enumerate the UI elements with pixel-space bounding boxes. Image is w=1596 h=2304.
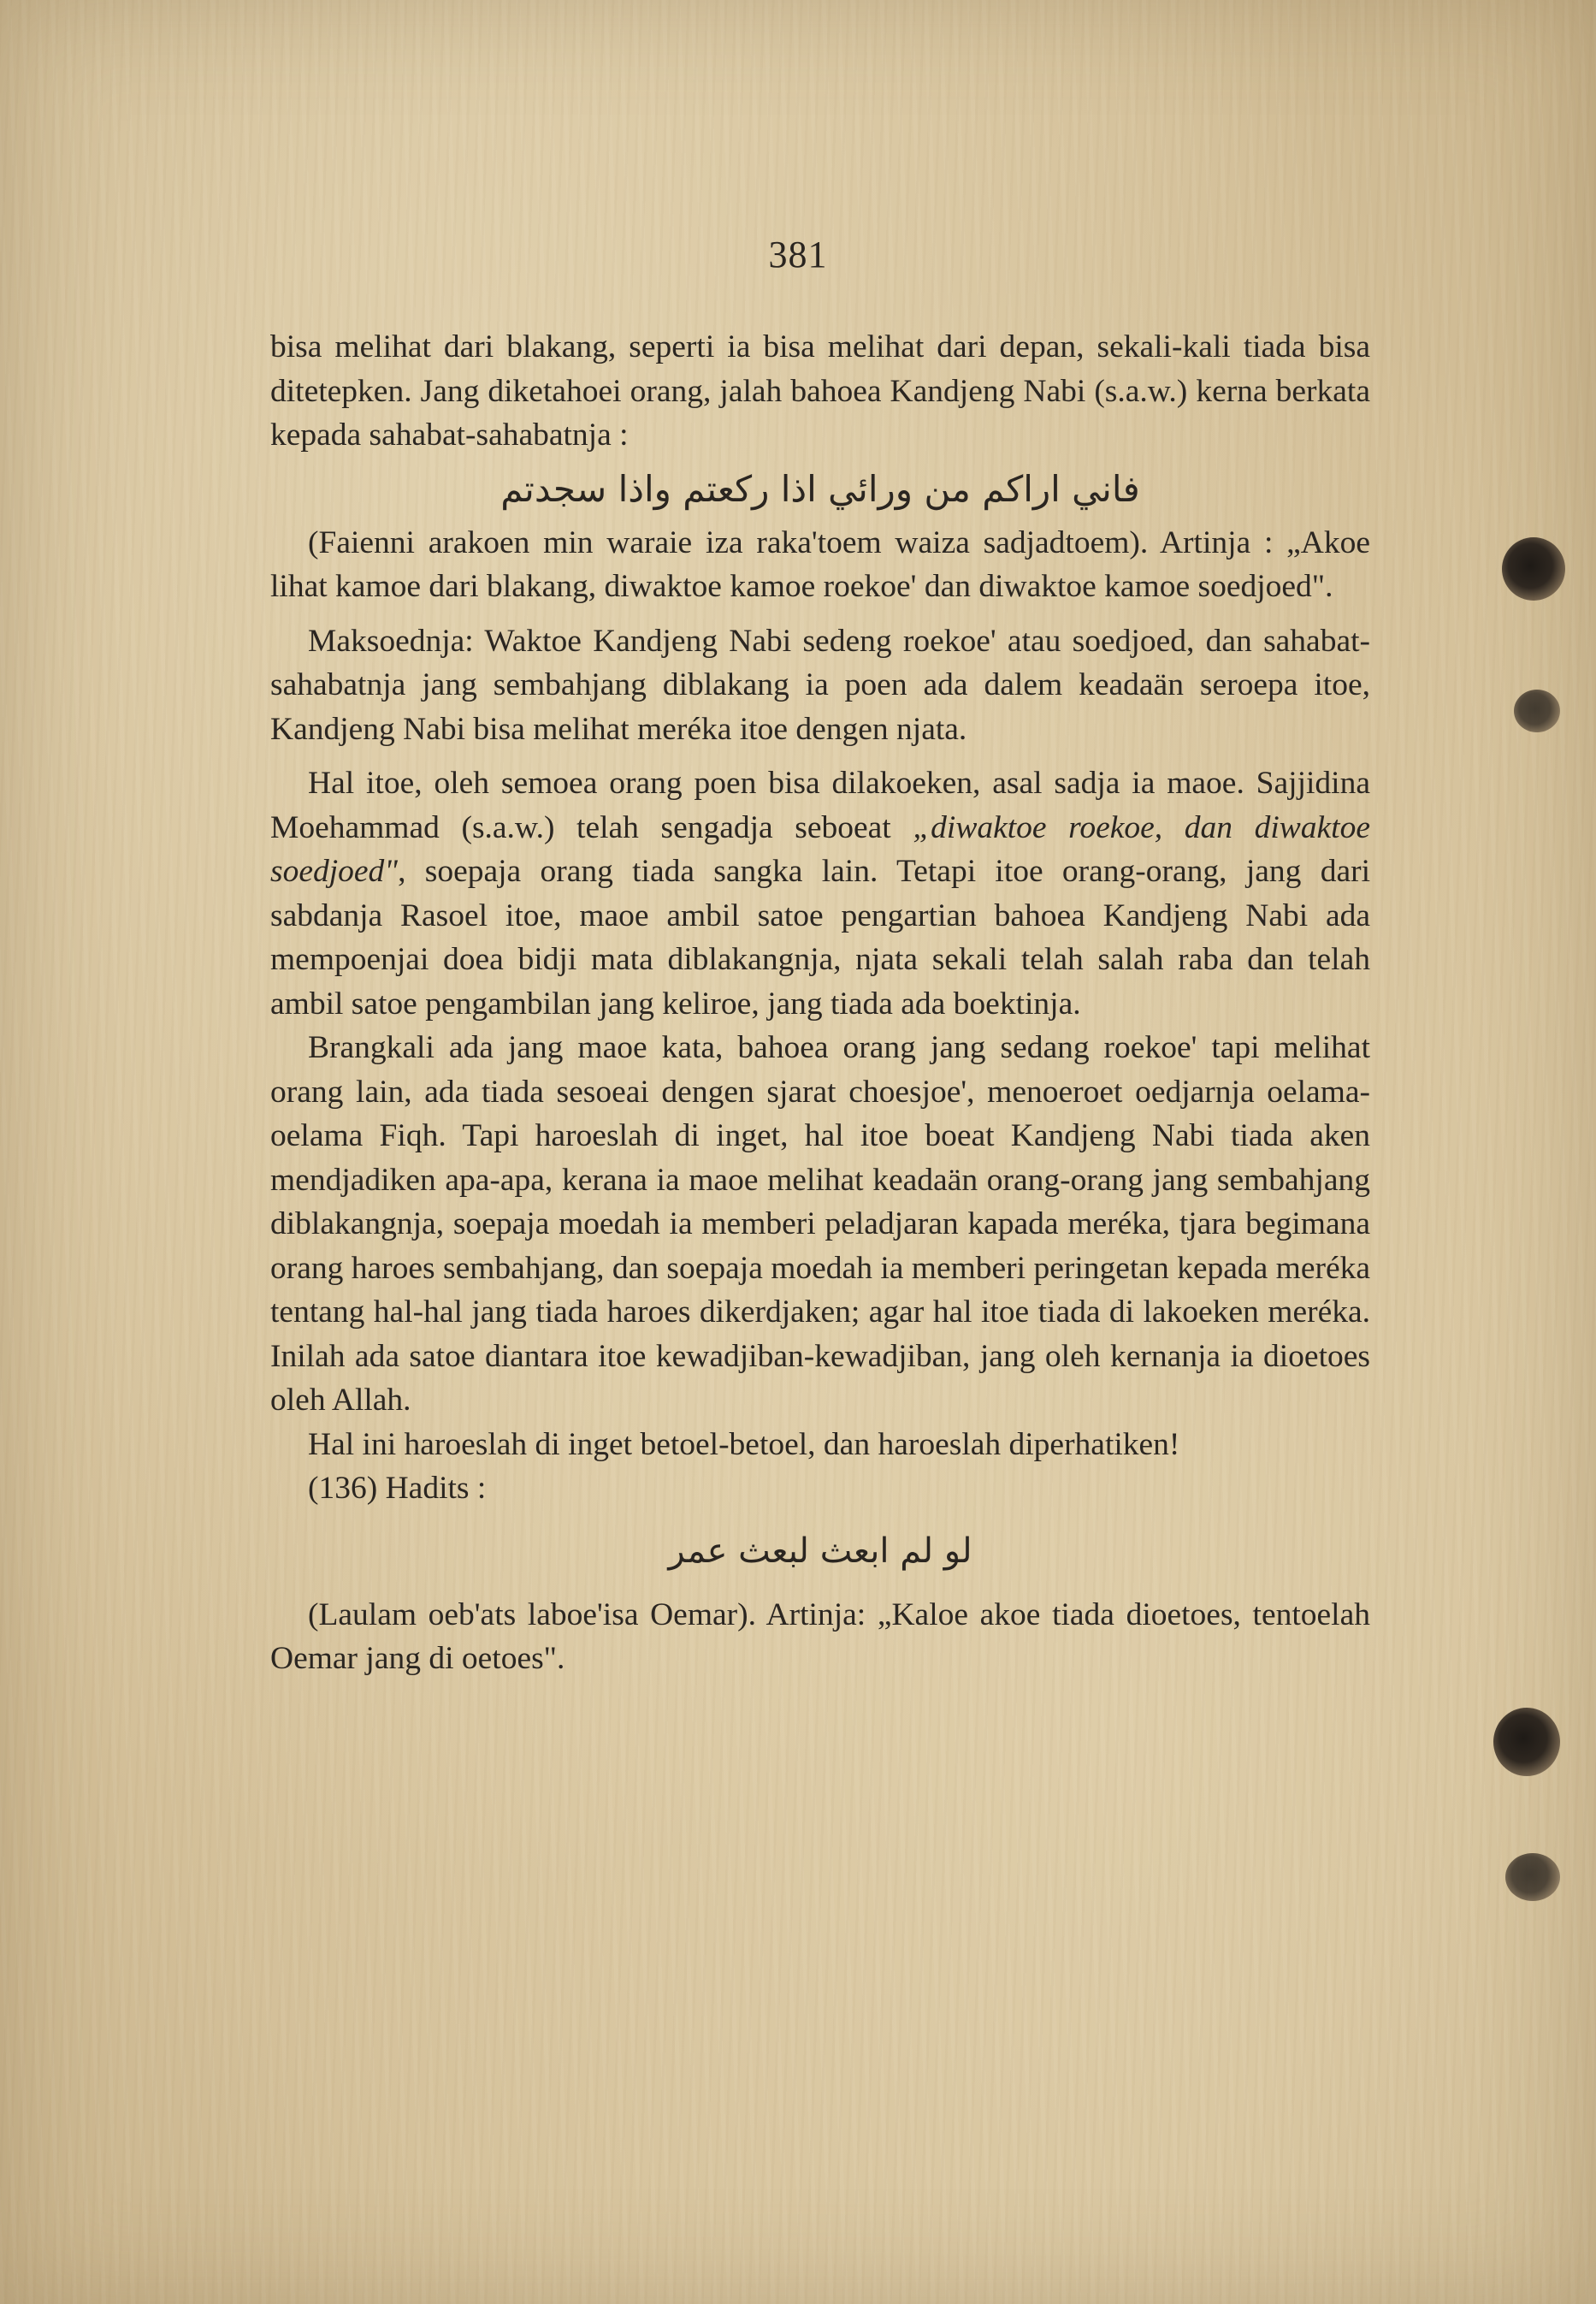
paragraph-hal-ini: Hal ini haroeslah di inget betoel-betoel… <box>270 1423 1370 1467</box>
paragraph-transliteration-1: (Faienni arakoen min waraie iza raka'toe… <box>270 521 1370 609</box>
paragraph-continuation: bisa melihat dari blakang, seperti ia bi… <box>270 325 1370 458</box>
ink-stain-3 <box>1493 1708 1560 1776</box>
ink-stain-4 <box>1505 1853 1560 1901</box>
paragraph-maksoednja: Maksoednja: Waktoe Kandjeng Nabi sedeng … <box>270 619 1370 752</box>
page-number: 381 <box>0 233 1596 276</box>
hadits-heading: (136) Hadits : <box>270 1466 1370 1511</box>
paragraph-transliteration-2: (Laulam oeb'ats laboe'isa Oemar). Artinj… <box>270 1593 1370 1681</box>
paragraph-hal-itoe-end: , soepaja orang tiada sangka lain. Tetap… <box>270 854 1370 1022</box>
paragraph-hal-itoe: Hal itoe, oleh semoea orang poen bisa di… <box>270 761 1370 1026</box>
ink-stain-1 <box>1502 537 1565 601</box>
page-body: bisa melihat dari blakang, seperti ia bi… <box>270 325 1370 1681</box>
arabic-hadith-quote-2: لو لم ابعث لبعث عمر <box>270 1523 1370 1579</box>
arabic-hadith-quote-1: فاني اراكم من ورائي اذا ركعتم واذا سجدتم <box>270 461 1370 518</box>
ink-stain-2 <box>1514 690 1560 732</box>
paragraph-brangkali: Brangkali ada jang maoe kata, bahoea ora… <box>270 1026 1370 1423</box>
